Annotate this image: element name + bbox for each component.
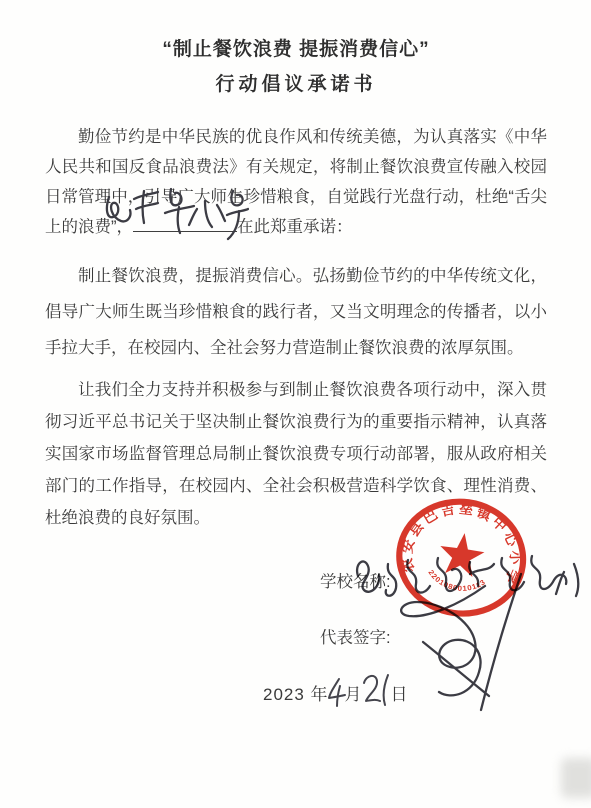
date-line: 2023 年 月 日	[263, 671, 409, 707]
blank-underline	[133, 216, 237, 233]
document-body: “制止餐饮浪费 提振消费信心” 行动倡议承诺书 勤俭节约是中华民族的优良作风和传…	[45, 34, 547, 534]
document-page: “制止餐饮浪费 提振消费信心” 行动倡议承诺书 勤俭节约是中华民族的优良作风和传…	[0, 0, 591, 808]
paper-corner-shadow	[561, 758, 591, 798]
doc-title-line2: 行动倡议承诺书	[45, 69, 547, 96]
paragraph-1: 勤俭节约是中华民族的优良作风和传统美德，为认真落实《中华人民共和国反食品浪费法》…	[45, 122, 547, 242]
official-seal: 农安县巴吉垒镇中心小学 2201080010113	[383, 488, 539, 630]
date-year-text: 2023 年	[263, 685, 329, 704]
doc-title-line1: “制止餐饮浪费 提振消费信心”	[45, 34, 547, 61]
school-name-label: 学校名称:	[320, 568, 391, 592]
representative-signature-label: 代表签字:	[320, 624, 391, 648]
seal-star-icon	[437, 530, 487, 578]
seal-number: 2201080010113	[424, 567, 488, 596]
date-day-unit: 日	[391, 685, 409, 704]
paragraph-1-text-after-blank: 在此郑重承诺：	[237, 218, 353, 236]
handwritten-day	[360, 671, 394, 707]
paragraph-2: 制止餐饮浪费，提振消费信心。弘扬勤俭节约的中华传统文化，倡导广大师生既当珍惜粮食…	[45, 258, 547, 366]
